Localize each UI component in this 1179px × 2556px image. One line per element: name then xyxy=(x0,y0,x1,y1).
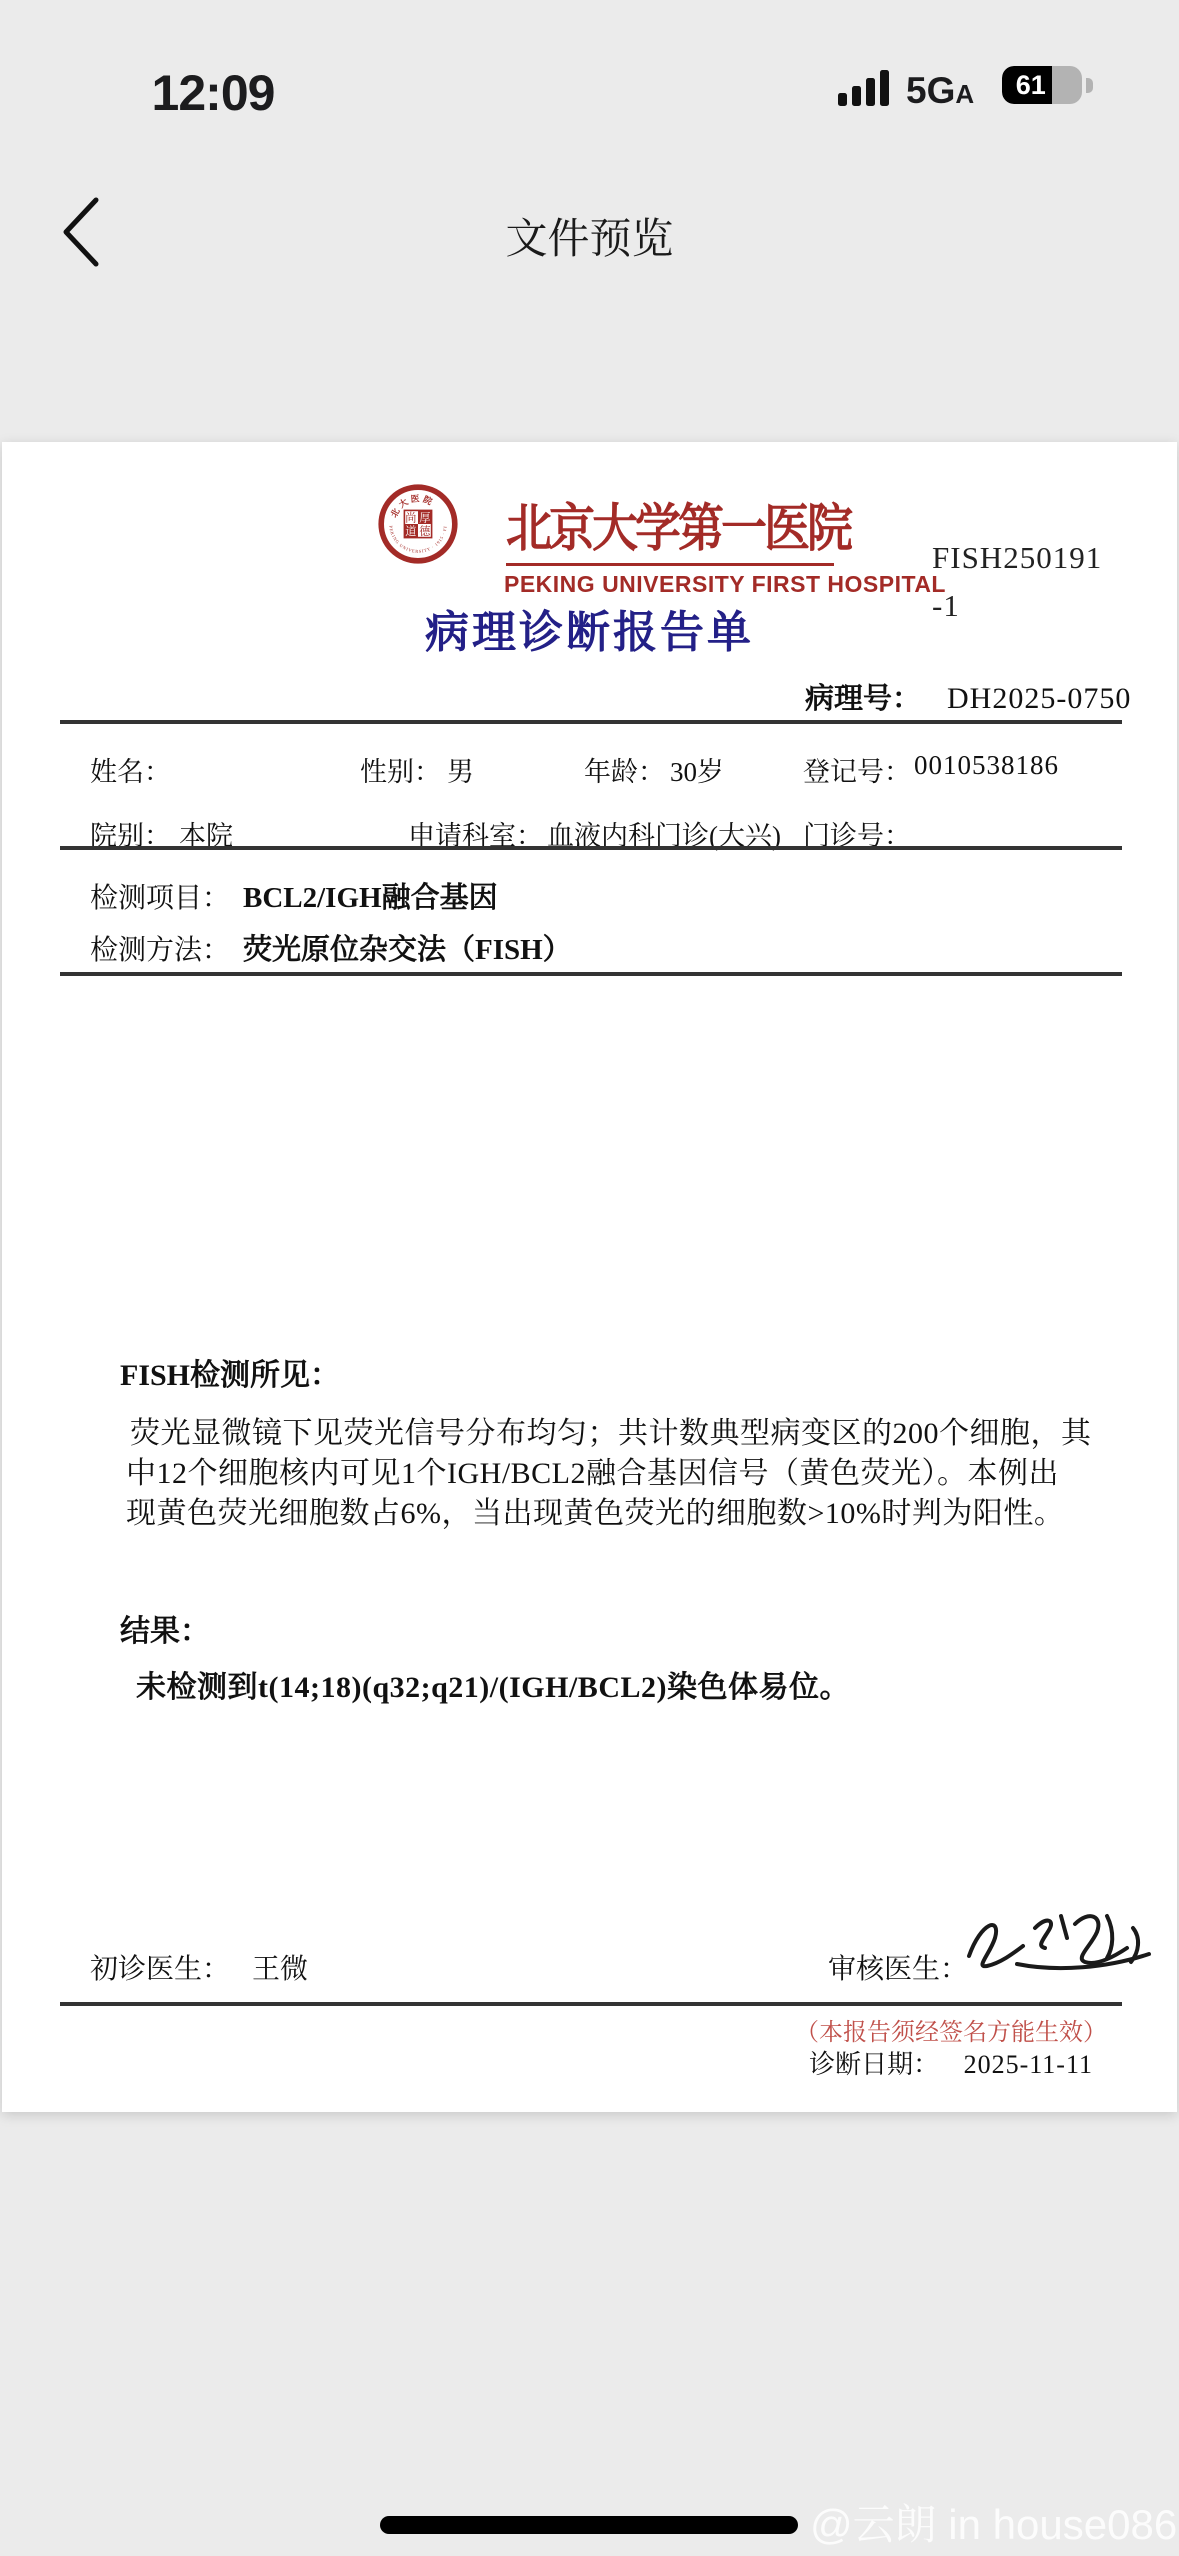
report-title: 病理诊断报告单 xyxy=(2,596,1177,660)
pathology-number-label: 病理号： xyxy=(805,683,921,715)
divider-rule-3 xyxy=(60,972,1122,976)
test-method-value: 荧光原位杂交法（FISH） xyxy=(243,927,572,968)
divider-rule-2 xyxy=(60,846,1122,850)
signature-required-note: （本报告须经签名方能生效） xyxy=(795,2012,1107,2047)
home-indicator[interactable] xyxy=(380,2516,798,2534)
patient-sex-value: 男 xyxy=(447,750,474,789)
divider-rule-4 xyxy=(60,2002,1122,2006)
network-sub-a: A xyxy=(955,79,974,109)
patient-age-label: 年龄： xyxy=(584,750,665,789)
result-heading: 结果： xyxy=(120,1606,210,1650)
first-doctor-label: 初诊医生： xyxy=(90,1947,230,1987)
diagnosis-date: 诊断日期： 2025-11-11 xyxy=(809,2044,1093,2081)
test-method-label: 检测方法： xyxy=(90,928,230,968)
hospital-name-underline xyxy=(506,563,834,566)
svg-text:德: 德 xyxy=(419,525,431,538)
registration-number-value: 0010538186 xyxy=(914,750,1059,781)
svg-text:道: 道 xyxy=(405,525,416,538)
battery-icon: 61 xyxy=(1002,66,1082,104)
specimen-number-line1: FISH250191 xyxy=(932,540,1102,576)
network-type-label: 5GA xyxy=(906,70,974,112)
status-time: 12:09 xyxy=(118,64,308,122)
hospital-name-en: PEKING UNIVERSITY FIRST HOSPITAL xyxy=(504,571,946,598)
diagnosis-date-value: 2025-11-11 xyxy=(964,2050,1093,2079)
page-title: 文件预览 xyxy=(0,206,1179,266)
patient-name-label: 姓名： xyxy=(90,750,171,789)
review-doctor-label: 审核医生： xyxy=(828,1947,968,1987)
screen: 12:09 5GA 61 文件预览 北大医院 PEKING U xyxy=(0,0,1179,2556)
hospital-seal-icon: 北大医院 PEKING UNIVERSITY · 1915 · FIRST HO… xyxy=(378,484,458,564)
document-preview[interactable]: 北大医院 PEKING UNIVERSITY · 1915 · FIRST HO… xyxy=(2,442,1177,2112)
signal-icon xyxy=(838,70,892,106)
first-doctor-value: 王微 xyxy=(252,1947,308,1987)
pathology-number-value: DH2025-0750 xyxy=(947,682,1131,715)
battery-nub-icon xyxy=(1086,78,1093,93)
registration-number-label: 登记号： xyxy=(803,750,911,789)
network-5g: 5G xyxy=(906,70,955,111)
hospital-name-cn: 北京大学第一医院 xyxy=(506,488,850,562)
patient-sex-label: 性别： xyxy=(360,750,441,789)
svg-text:尚: 尚 xyxy=(405,511,416,525)
diagnosis-date-label: 诊断日期： xyxy=(809,2050,939,2079)
seal-center: 尚 厚 道 德 xyxy=(404,510,431,538)
findings-line-1: 荧光显微镜下见荧光信号分布均匀；共计数典型病变区的200个细胞，其 xyxy=(130,1408,1092,1452)
svg-text:厚: 厚 xyxy=(419,512,430,525)
findings-heading: FISH检测所见： xyxy=(120,1350,340,1394)
test-item-label: 检测项目： xyxy=(90,876,230,916)
findings-line-3: 现黄色荧光细胞数占6%，当出现黄色荧光的细胞数>10%时判为阳性。 xyxy=(126,1488,1064,1532)
patient-age-value: 30岁 xyxy=(670,750,724,789)
pathology-number: 病理号：DH2025-0750 xyxy=(805,676,1131,717)
findings-line-2: 中12个细胞核内可见1个IGH/BCL2融合基因信号（黄色荧光）。本例出 xyxy=(126,1448,1059,1492)
result-text: 未检测到t(14;18)(q32;q21)/(IGH/BCL2)染色体易位。 xyxy=(136,1662,850,1706)
battery-percent: 61 xyxy=(1002,66,1060,104)
test-item-value: BCL2/IGH融合基因 xyxy=(243,875,498,916)
divider-rule-1 xyxy=(60,720,1122,724)
watermark: @云朗 in house086 xyxy=(810,2492,1177,2552)
review-doctor-signature-image xyxy=(957,1894,1157,1999)
